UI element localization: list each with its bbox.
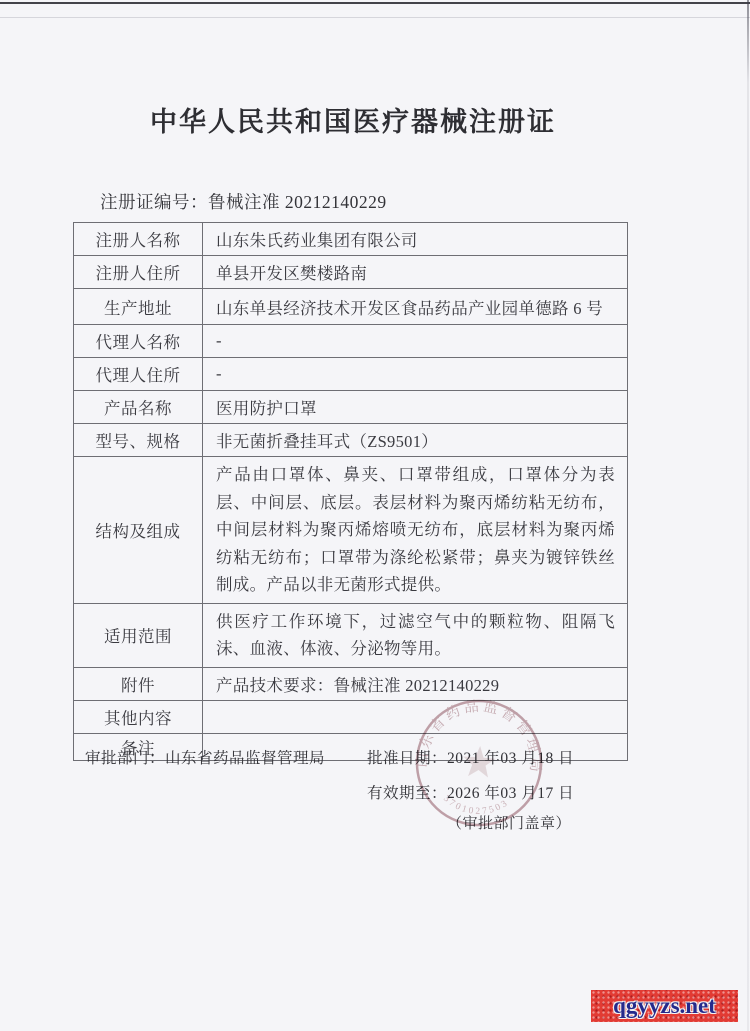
official-seal-stamp: 山东省药品监督管理局 3701027503 bbox=[394, 678, 565, 849]
seal-star-icon bbox=[462, 745, 496, 778]
row-label: 结构及组成 bbox=[74, 457, 203, 604]
row-value: 山东单县经济技术开发区食品药品产业园单德路 6 号 bbox=[203, 289, 628, 325]
table-row-production-address: 生产地址 山东单县经济技术开发区食品药品产业园单德路 6 号 bbox=[74, 289, 628, 325]
row-label: 注册人住所 bbox=[74, 256, 203, 289]
row-label: 附件 bbox=[74, 667, 203, 700]
scan-edge-artifact-right bbox=[747, 0, 749, 1031]
row-value: 产品由口罩体、鼻夹、口罩带组成，口罩体分为表层、中间层、底层。表层材料为聚丙烯纺… bbox=[203, 457, 628, 604]
site-watermark-text: qgyyzs.net bbox=[613, 993, 716, 1019]
scan-streak-artifact bbox=[0, 17, 750, 18]
row-value: 医用防护口罩 bbox=[203, 391, 628, 424]
row-value: 供医疗工作环境下，过滤空气中的颗粒物、阻隔飞沫、血液、体液、分泌物等用。 bbox=[203, 603, 628, 667]
row-label: 代理人名称 bbox=[74, 325, 203, 358]
document-title: 中华人民共和国医疗器械注册证 bbox=[0, 100, 706, 139]
row-label: 代理人住所 bbox=[74, 358, 203, 391]
table-row-intended-use: 适用范围 供医疗工作环境下，过滤空气中的颗粒物、阻隔飞沫、血液、体液、分泌物等用… bbox=[74, 603, 628, 667]
certificate-table: 注册人名称 山东朱氏药业集团有限公司 注册人住所 单县开发区樊楼路南 生产地址 … bbox=[73, 222, 628, 761]
row-value: - bbox=[203, 325, 628, 358]
row-value: 山东朱氏药业集团有限公司 bbox=[203, 223, 628, 256]
approval-department-line: 审批部门：山东省药品监督管理局 bbox=[85, 746, 325, 768]
row-label: 生产地址 bbox=[74, 289, 203, 325]
scan-edge-artifact-top bbox=[0, 2, 750, 4]
cert-number-value: 鲁械注准 20212140229 bbox=[208, 192, 387, 212]
table-row-registrant-address: 注册人住所 单县开发区樊楼路南 bbox=[74, 256, 628, 289]
row-value: - bbox=[203, 358, 628, 391]
seal-number: 3701027503 bbox=[440, 793, 512, 819]
row-value: 单县开发区樊楼路南 bbox=[203, 256, 628, 289]
approval-department-label: 审批部门： bbox=[85, 750, 165, 767]
row-value: 非无菌折叠挂耳式（ZS9501） bbox=[203, 424, 628, 457]
cert-number-line: 注册证编号：鲁械注准 20212140229 bbox=[100, 189, 387, 214]
row-label: 其他内容 bbox=[74, 700, 203, 733]
row-label: 注册人名称 bbox=[74, 223, 203, 256]
table-row-agent-name: 代理人名称 - bbox=[74, 325, 628, 358]
row-label: 产品名称 bbox=[74, 391, 203, 424]
approval-department-value: 山东省药品监督管理局 bbox=[165, 750, 325, 767]
site-watermark: qgyyzs.net bbox=[591, 990, 738, 1022]
cert-number-label: 注册证编号： bbox=[100, 192, 208, 212]
table-row-product-name: 产品名称 医用防护口罩 bbox=[74, 391, 628, 424]
certificate-page: 中华人民共和国医疗器械注册证 注册证编号：鲁械注准 20212140229 注册… bbox=[0, 0, 750, 1031]
table-row-agent-address: 代理人住所 - bbox=[74, 358, 628, 391]
table-row-model-spec: 型号、规格 非无菌折叠挂耳式（ZS9501） bbox=[74, 424, 628, 457]
row-label: 型号、规格 bbox=[74, 424, 203, 457]
seal-number-container: 3701027503 bbox=[440, 793, 512, 819]
table-row-structure-composition: 结构及组成 产品由口罩体、鼻夹、口罩带组成，口罩体分为表层、中间层、底层。表层材… bbox=[74, 457, 628, 604]
table-row-registrant-name: 注册人名称 山东朱氏药业集团有限公司 bbox=[74, 223, 628, 256]
row-label: 适用范围 bbox=[74, 603, 203, 667]
